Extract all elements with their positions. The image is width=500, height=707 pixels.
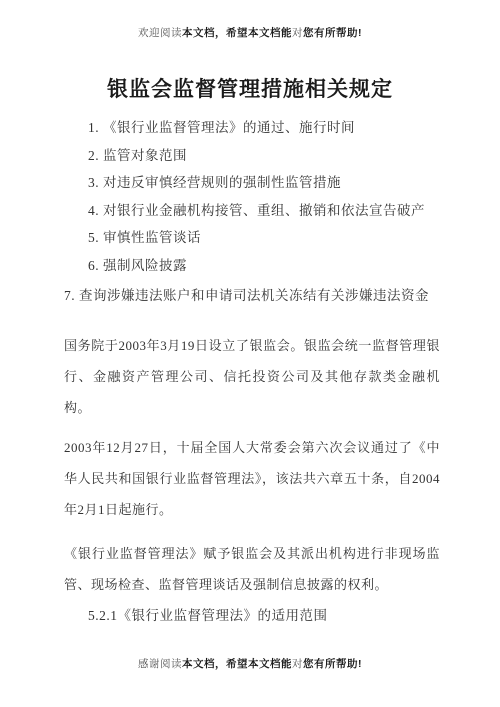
footer-note-segment: 对: [292, 658, 303, 670]
outline-item-2: 2. 监管对象范围: [88, 142, 440, 170]
document-page: 欢迎阅读本文档，希望本文档能对您有所帮助! 银监会监督管理措施相关规定 1. 《…: [0, 0, 500, 707]
outline-item-4: 4. 对银行业金融机构接管、重组、撤销和依法宣告破产: [88, 197, 440, 225]
footer-note: 感谢阅读本文档，希望本文档能对您有所帮助!: [0, 657, 500, 671]
outline-item-3: 3. 对违反审慎经营规则的强制性监管措施: [88, 169, 440, 197]
outline-item-6: 6. 强制风险披露: [88, 252, 440, 280]
header-note: 欢迎阅读本文档，希望本文档能对您有所帮助!: [0, 26, 500, 40]
outline-item-7: 7. 查询涉嫌违法账户和申请司法机关冻结有关涉嫌违法资金: [64, 282, 440, 310]
header-note-segment: 您有所帮助!: [303, 27, 362, 39]
header-note-segment: 欢迎阅读: [138, 27, 182, 39]
header-note-segment: 对: [292, 27, 303, 39]
header-note-segment: 本文档，希望本文档能: [182, 27, 292, 39]
body-paragraph-1: 国务院于2003年3月19日设立了银监会。银监会统一监督管理银行、金融资产管理公…: [64, 330, 440, 423]
footer-note-segment: 您有所帮助!: [303, 658, 362, 670]
outline-item-1: 1. 《银行业监督管理法》的通过、施行时间: [88, 114, 440, 142]
footer-note-segment: 感谢阅读: [138, 658, 182, 670]
outline-list: 1. 《银行业监督管理法》的通过、施行时间 2. 监管对象范围 3. 对违反审慎…: [64, 114, 440, 310]
footer-note-segment: 本文档，希望本文档能: [182, 658, 292, 670]
body-paragraph-2: 2003年12月27日，十届全国人大常委会第六次会议通过了《中华人民共和国银行业…: [64, 432, 440, 525]
document-body: 1. 《银行业监督管理法》的通过、施行时间 2. 监管对象范围 3. 对违反审慎…: [64, 114, 440, 629]
document-title: 银监会监督管理措施相关规定: [64, 76, 436, 104]
section-subheading: 5.2.1《银行业监督管理法》的适用范围: [88, 602, 440, 629]
outline-item-5: 5. 审慎性监管谈话: [88, 224, 440, 252]
body-paragraph-3: 《银行业监督管理法》赋予银监会及其派出机构进行非现场监管、现场检查、监督管理谈话…: [64, 538, 440, 600]
